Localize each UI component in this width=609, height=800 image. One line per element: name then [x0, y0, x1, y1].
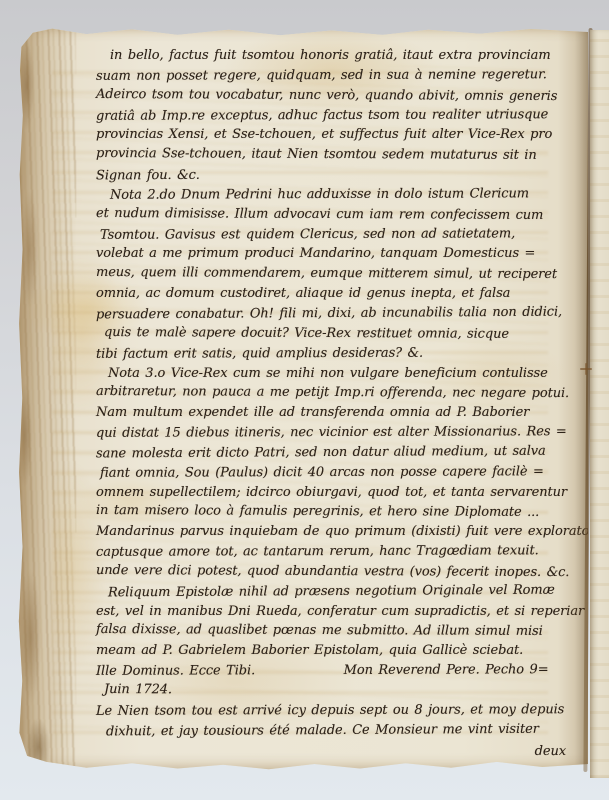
- manuscript-line: meus, quem illi commendarem, eumque mitt…: [96, 263, 566, 285]
- manuscript-line: gratiâ ab Imp.re exceptus, adhuc factus …: [96, 105, 566, 126]
- manuscript-text: in bello, factus fuit tsomtou honoris gr…: [96, 46, 566, 760]
- manuscript-line: Nota 3.o Vice-Rex cum se mihi non vulgar…: [96, 364, 566, 384]
- manuscript-line: Mandarinus parvus inquiebam de quo primu…: [96, 522, 566, 542]
- scan-background: in bello, factus fuit tsomtou honoris gr…: [0, 0, 609, 800]
- manuscript-line: Tsomtou. Gavisus est quidem Clericus, se…: [96, 224, 566, 245]
- manuscript-line: provincias Xensi, et Sse-tchouen, et suf…: [96, 125, 566, 145]
- manuscript-page: in bello, factus fuit tsomtou honoris gr…: [18, 26, 588, 770]
- manuscript-line: deux: [96, 740, 566, 762]
- manuscript-line: et nudum dimisisse. Illum advocavi cum i…: [96, 204, 566, 226]
- manuscript-line: in bello, factus fuit tsomtou honoris gr…: [96, 46, 566, 66]
- manuscript-line: meam ad P. Gabrielem Baborier Epistolam,…: [96, 641, 566, 661]
- manuscript-line: suam non posset regere, quidquam, sed in…: [96, 65, 566, 86]
- manuscript-line: Signan fou. &c.: [96, 164, 566, 187]
- manuscript-line: omnia, ac domum custodiret, aliaque id g…: [96, 284, 566, 304]
- manuscript-line: unde vere dici potest, quod abundantia v…: [96, 561, 566, 583]
- manuscript-line: in tam misero loco à famulis peregrinis,…: [96, 501, 566, 523]
- manuscript-line: Reliquum Epistolæ nihil ad præsens negot…: [96, 580, 566, 603]
- manuscript-line: Juin 1724.: [96, 680, 566, 702]
- manuscript-line: fiant omnia, Sou (Paulus) dicit 40 arcas…: [96, 462, 566, 483]
- manuscript-line: est, vel in manibus Dni Rueda, conferatu…: [96, 602, 566, 622]
- stitch-mark: [580, 368, 592, 370]
- manuscript-line: persuadere conabatur. Oh! fili mi, dixi,…: [96, 303, 566, 326]
- facing-page-edge: [590, 30, 609, 778]
- manuscript-line: dixhuit, et jay tousiours été malade. Ce…: [96, 719, 566, 742]
- manuscript-line: captusque amore tot, ac tantarum rerum, …: [96, 541, 566, 562]
- manuscript-line: provincia Sse-tchouen, itaut Nien tsomto…: [96, 144, 566, 166]
- manuscript-line: qui distat 15 diebus itineris, nec vicin…: [96, 422, 566, 443]
- manuscript-line: volebat a me primum produci Mandarino, t…: [96, 244, 566, 264]
- manuscript-line: falsa dixisse, ad quaslibet pœnas me sub…: [96, 620, 566, 642]
- manuscript-line: quis te malè sapere docuit? Vice-Rex res…: [96, 323, 566, 345]
- manuscript-line: Nota 2.do Dnum Pedrini huc adduxisse in …: [96, 184, 566, 205]
- manuscript-line: arbitraretur, non pauca a me petijt Imp.…: [96, 382, 566, 404]
- manuscript-line: tibi factum erit satis, quid amplius des…: [96, 343, 566, 364]
- manuscript-line: Adeirco tsom tou vocabatur, nunc verò, q…: [96, 85, 566, 107]
- manuscript-line: Le Nien tsom tou est arrivé icy depuis s…: [96, 700, 566, 721]
- manuscript-line: omnem supellectilem; idcirco obiurgavi, …: [96, 483, 566, 503]
- manuscript-line: Ille Dominus. Ecce Tibi. Mon Reverend Pe…: [96, 660, 566, 681]
- manuscript-line: Nam multum expendet ille ad transferenda…: [96, 403, 566, 423]
- manuscript-line: sane molesta erit dicto Patri, sed non d…: [96, 441, 566, 464]
